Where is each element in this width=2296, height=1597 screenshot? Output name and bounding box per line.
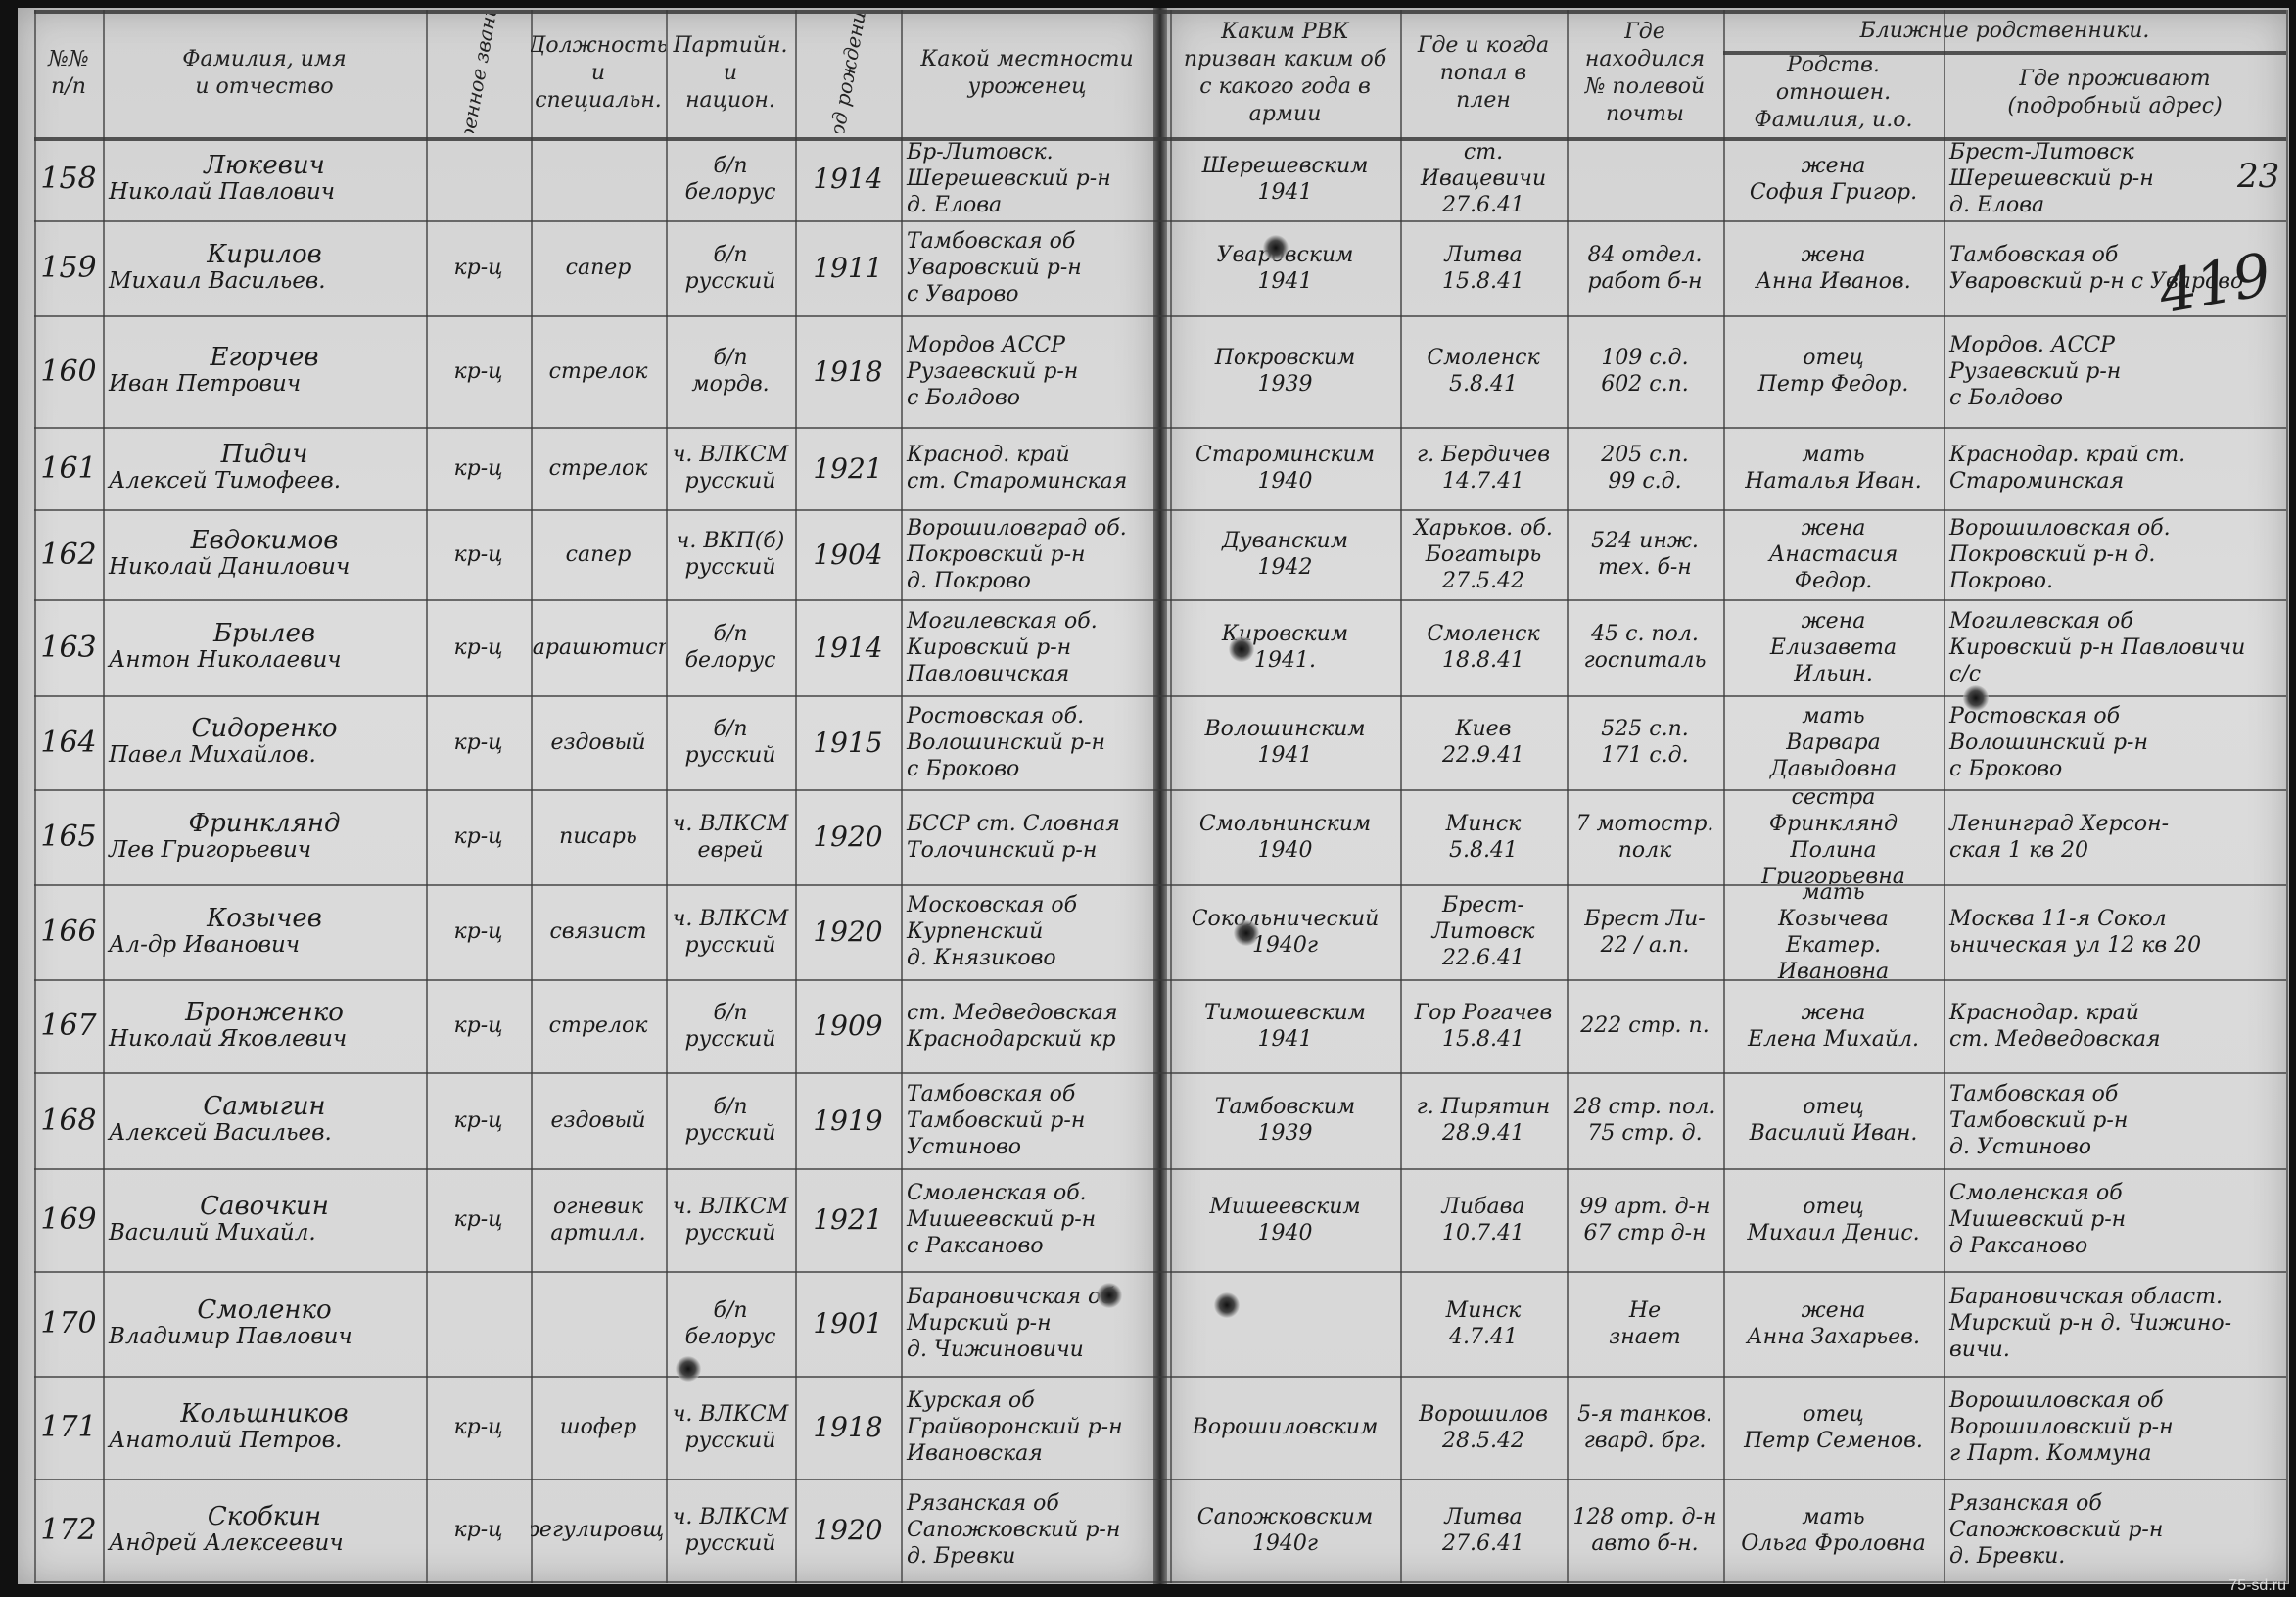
header-field-post: Где находился № полевой почты	[1567, 14, 1723, 133]
cell-rvk: Покровским 1939	[1170, 315, 1400, 427]
cell-origin: Рязанская об Сапожковский р-н д. Бревки	[901, 1479, 1153, 1581]
cell-rank: кр-ц	[426, 979, 531, 1072]
row-divider	[34, 1581, 2286, 1583]
cell-captured: Минск 5.8.41	[1400, 789, 1567, 884]
cell-rvk	[1170, 1271, 1400, 1376]
header-label: Где и когда попал в плен	[1418, 32, 1549, 115]
paper-damage-spot	[676, 1356, 701, 1382]
cell-rvk: Тимошевским 1941	[1170, 979, 1400, 1072]
header-label: Родств. отношен. Фамилия, и.о.	[1729, 53, 1938, 133]
cell-name: КозычевАл-др Иванович	[103, 884, 426, 979]
cell-rank: кр-ц	[426, 1072, 531, 1168]
cell-rvk: Уваровским 1941	[1170, 220, 1400, 315]
cell-position	[531, 137, 666, 220]
cell-party: ч. ВЛКСМ русский	[666, 427, 795, 509]
cell-position: связист	[531, 884, 666, 979]
given-names: Николай Яковлевич	[109, 1026, 420, 1053]
given-names: Николай Данилович	[109, 554, 420, 581]
cell-name: БронженкоНиколай Яковлевич	[103, 979, 426, 1072]
cell-num: 172	[34, 1479, 103, 1581]
cell-rvk: Ворошиловским	[1170, 1376, 1400, 1479]
site-watermark: 75-sd.ru	[2228, 1577, 2286, 1595]
cell-origin: Могилевская об. Кировский р-н Павловичск…	[901, 599, 1153, 695]
cell-rank: кр-ц	[426, 789, 531, 884]
cell-relation: мать Ольга Фроловна	[1723, 1479, 1944, 1581]
cell-num: 161	[34, 427, 103, 509]
header-label: Год рождения	[821, 14, 875, 133]
surname: Брылев	[109, 621, 420, 647]
cell-relation: жена Елизавета Ильин.	[1723, 599, 1944, 695]
cell-field-post: 5-я танков. гвард. брг.	[1567, 1376, 1723, 1479]
cell-field-post	[1567, 137, 1723, 220]
surname: Смоленко	[109, 1297, 420, 1324]
header-label: Ближние родственники.	[1860, 18, 2150, 45]
cell-relation: сестра Фринклянд Полина Григорьевна	[1723, 789, 1944, 884]
given-names: Михаил Васильев.	[109, 268, 420, 295]
cell-rvk: Кировским 1941.	[1170, 599, 1400, 695]
cell-relation: жена Анастасия Федор.	[1723, 509, 1944, 599]
cell-rvk: Староминским 1940	[1170, 427, 1400, 509]
cell-num: 170	[34, 1271, 103, 1376]
cell-captured: Киев 22.9.41	[1400, 695, 1567, 789]
cell-position: парашютист	[531, 599, 666, 695]
cell-num: 159	[34, 220, 103, 315]
margin-annotation-23: 23	[2237, 157, 2279, 196]
given-names: Лев Григорьевич	[109, 837, 420, 864]
cell-captured: г. Пирятин 28.9.41	[1400, 1072, 1567, 1168]
cell-party: б/п белорус	[666, 137, 795, 220]
cell-position: писарь	[531, 789, 666, 884]
cell-origin: Краснод. край ст. Староминская	[901, 427, 1153, 509]
header-label: Каким РВК призван каким об с какого года…	[1184, 19, 1386, 128]
cell-relation: жена Елена Михайл.	[1723, 979, 1944, 1072]
header-num: №№ п/п	[34, 14, 103, 133]
header-rvk: Каким РВК призван каким об с какого года…	[1170, 14, 1400, 133]
cell-address: Ленинград Херсон- ская 1 кв 20	[1944, 789, 2286, 884]
cell-num: 162	[34, 509, 103, 599]
header-address: Где проживают (подробный адрес)	[1944, 53, 2286, 133]
cell-origin: Тамбовская об Уваровский р-н с Уварово	[901, 220, 1153, 315]
cell-position: огневик артилл.	[531, 1168, 666, 1271]
cell-field-post: 45 с. пол. госпиталь	[1567, 599, 1723, 695]
cell-field-post: 28 стр. пол. 75 стр. д.	[1567, 1072, 1723, 1168]
surname: Пидич	[109, 442, 420, 468]
cell-origin: Тамбовская об Тамбовский р-н Устиново	[901, 1072, 1153, 1168]
cell-relation: жена Анна Захарьев.	[1723, 1271, 1944, 1376]
cell-party: ч. ВЛКСМ еврей	[666, 789, 795, 884]
cell-address: Краснодар. край ст. Медведовская	[1944, 979, 2286, 1072]
cell-party: ч. ВЛКСМ русский	[666, 1376, 795, 1479]
cell-relation: отец Михаил Денис.	[1723, 1168, 1944, 1271]
surname: Кольшников	[109, 1401, 420, 1428]
cell-origin: Мордов АССР Рузаевский р-н с Болдово	[901, 315, 1153, 427]
cell-rank: кр-ц	[426, 1168, 531, 1271]
cell-captured: Смоленск 18.8.41	[1400, 599, 1567, 695]
surname: Егорчев	[109, 345, 420, 371]
cell-address: Барановичская област. Мирский р-н д. Чиж…	[1944, 1271, 2286, 1376]
cell-relation: жена София Григор.	[1723, 137, 1944, 220]
cell-party: ч. ВКП(б) русский	[666, 509, 795, 599]
cell-field-post: 7 мотостр. полк	[1567, 789, 1723, 884]
header-position: Должность и специальн.	[531, 14, 666, 133]
header-label: №№ п/п	[48, 46, 89, 101]
cell-captured: Гор Рогачев 15.8.41	[1400, 979, 1567, 1072]
cell-num: 165	[34, 789, 103, 884]
cell-rvk: Шерешевским 1941	[1170, 137, 1400, 220]
cell-year: 1920	[795, 1479, 901, 1581]
surname: Люкевич	[109, 153, 420, 179]
given-names: Андрей Алексеевич	[109, 1530, 420, 1557]
surname: Кирилов	[109, 242, 420, 268]
paper-damage-spot	[1097, 1283, 1122, 1308]
cell-name: ЛюкевичНиколай Павлович	[103, 137, 426, 220]
cell-relation: отец Василий Иван.	[1723, 1072, 1944, 1168]
cell-relation: мать Козычева Екатер. Ивановна	[1723, 884, 1944, 979]
given-names: Василий Михайл.	[109, 1220, 420, 1246]
cell-field-post: 525 с.п. 171 с.д.	[1567, 695, 1723, 789]
cell-year: 1911	[795, 220, 901, 315]
header-relation: Родств. отношен. Фамилия, и.о.	[1723, 53, 1944, 133]
cell-position: ездовый	[531, 1072, 666, 1168]
cell-rvk: Волошинским 1941	[1170, 695, 1400, 789]
cell-rvk: Тамбовским 1939	[1170, 1072, 1400, 1168]
header-label: Партийн. и национ.	[673, 32, 787, 115]
cell-address: Краснодар. край ст. Староминская	[1944, 427, 2286, 509]
given-names: Ал-др Иванович	[109, 932, 420, 959]
cell-origin: Бр-Литовск. Шерешевский р-н д. Елова	[901, 137, 1153, 220]
cell-relation: отец Петр Семенов.	[1723, 1376, 1944, 1479]
cell-party: б/п русский	[666, 220, 795, 315]
cell-party: ч. ВЛКСМ русский	[666, 884, 795, 979]
paper-damage-spot	[1229, 636, 1254, 662]
cell-position: сапер	[531, 220, 666, 315]
cell-address: Москва 11-я Сокол ьническая ул 12 кв 20	[1944, 884, 2286, 979]
cell-origin: Курская об Грайворонский р-н Ивановская	[901, 1376, 1153, 1479]
cell-num: 163	[34, 599, 103, 695]
cell-party: б/п русский	[666, 695, 795, 789]
cell-address: Тамбовская об Тамбовский р-н д. Устиново	[1944, 1072, 2286, 1168]
cell-rank: кр-ц	[426, 509, 531, 599]
cell-rank: кр-ц	[426, 599, 531, 695]
cell-year: 1909	[795, 979, 901, 1072]
cell-address: Рязанская об Сапожковский р-н д. Бревки.	[1944, 1479, 2286, 1581]
cell-party: б/п белорус	[666, 599, 795, 695]
cell-num: 171	[34, 1376, 103, 1479]
header-label: Фамилия, имя и отчество	[182, 46, 347, 101]
cell-captured: Литва 27.6.41	[1400, 1479, 1567, 1581]
cell-field-post: 99 арт. д-н 67 стр д-н	[1567, 1168, 1723, 1271]
cell-rank	[426, 137, 531, 220]
cell-party: ч. ВЛКСМ русский	[666, 1168, 795, 1271]
cell-origin: Московская об Курпенский д. Князиково	[901, 884, 1153, 979]
cell-address: Мордов. АССР Рузаевский р-н с Болдово	[1944, 315, 2286, 427]
cell-position: стрелок	[531, 427, 666, 509]
given-names: Анатолий Петров.	[109, 1428, 420, 1454]
header-rank: Военное звание	[426, 14, 531, 133]
cell-field-post: 84 отдел. работ б-н	[1567, 220, 1723, 315]
header-label: Где находился № полевой почты	[1572, 19, 1717, 128]
cell-rvk: Смольнинским 1940	[1170, 789, 1400, 884]
surname: Бронженко	[109, 1000, 420, 1026]
cell-year: 1901	[795, 1271, 901, 1376]
cell-rvk: Сапожковским 1940г	[1170, 1479, 1400, 1581]
cell-rvk: Мишеевским 1940	[1170, 1168, 1400, 1271]
cell-name: СкобкинАндрей Алексеевич	[103, 1479, 426, 1581]
cell-field-post: 109 с.д. 602 с.п.	[1567, 315, 1723, 427]
cell-name: ЕгорчевИван Петрович	[103, 315, 426, 427]
cell-origin: БССР ст. Словная Толочинский р-н	[901, 789, 1153, 884]
cell-name: ЕвдокимовНиколай Данилович	[103, 509, 426, 599]
cell-year: 1914	[795, 599, 901, 695]
cell-position: ездовый	[531, 695, 666, 789]
cell-party: ч. ВЛКСМ русский	[666, 1479, 795, 1581]
cell-num: 164	[34, 695, 103, 789]
cell-num: 167	[34, 979, 103, 1072]
cell-name: СмоленкоВладимир Павлович	[103, 1271, 426, 1376]
surname: Савочкин	[109, 1194, 420, 1220]
cell-captured: г. Бердичев 14.7.41	[1400, 427, 1567, 509]
cell-rank: кр-ц	[426, 884, 531, 979]
cell-field-post: 205 с.п. 99 с.д.	[1567, 427, 1723, 509]
cell-captured: Литва 15.8.41	[1400, 220, 1567, 315]
cell-num: 166	[34, 884, 103, 979]
header-captured: Где и когда попал в плен	[1400, 14, 1567, 133]
cell-origin: Ворошиловград об. Покровский р-н д. Покр…	[901, 509, 1153, 599]
header-label: Военное звание	[450, 14, 506, 133]
cell-rvk: Сокольнический 1940г	[1170, 884, 1400, 979]
cell-field-post: 524 инж. тех. б-н	[1567, 509, 1723, 599]
cell-year: 1921	[795, 427, 901, 509]
cell-name: СавочкинВасилий Михайл.	[103, 1168, 426, 1271]
cell-address: Ворошиловская об. Покровский р-н д. Покр…	[1944, 509, 2286, 599]
column-divider	[2286, 10, 2288, 1583]
cell-year: 1918	[795, 315, 901, 427]
given-names: Владимир Павлович	[109, 1324, 420, 1350]
cell-name: СамыгинАлексей Васильев.	[103, 1072, 426, 1168]
cell-position: сапер	[531, 509, 666, 599]
cell-name: ФринкляндЛев Григорьевич	[103, 789, 426, 884]
cell-origin: ст. Медведовская Краснодарский кр	[901, 979, 1153, 1072]
given-names: Алексей Васильев.	[109, 1120, 420, 1147]
cell-year: 1919	[795, 1072, 901, 1168]
cell-name: БрылевАнтон Николаевич	[103, 599, 426, 695]
cell-num: 158	[34, 137, 103, 220]
cell-address: Ростовская об Волошинский р-н с Броково	[1944, 695, 2286, 789]
cell-rank: кр-ц	[426, 1479, 531, 1581]
cell-rank: кр-ц	[426, 427, 531, 509]
given-names: Иван Петрович	[109, 371, 420, 398]
cell-party: б/п русский	[666, 1072, 795, 1168]
cell-captured: Ворошилов 28.5.42	[1400, 1376, 1567, 1479]
cell-position	[531, 1271, 666, 1376]
cell-year: 1920	[795, 884, 901, 979]
cell-year: 1915	[795, 695, 901, 789]
cell-year: 1921	[795, 1168, 901, 1271]
cell-num: 168	[34, 1072, 103, 1168]
cell-position: шофер	[531, 1376, 666, 1479]
header-label: Какой местности уроженец	[920, 46, 1133, 101]
header-party: Партийн. и национ.	[666, 14, 795, 133]
cell-year: 1914	[795, 137, 901, 220]
cell-address: Брест-Литовск Шерешевский р-н д. Елова	[1944, 137, 2286, 220]
cell-year: 1904	[795, 509, 901, 599]
cell-relation: отец Петр Федор.	[1723, 315, 1944, 427]
header-name: Фамилия, имя и отчество	[103, 14, 426, 133]
cell-party: б/п русский	[666, 979, 795, 1072]
given-names: Алексей Тимофеев.	[109, 468, 420, 494]
cell-name: КольшниковАнатолий Петров.	[103, 1376, 426, 1479]
register-table: №№ п/пФамилия, имя и отчествоВоенное зва…	[0, 0, 2296, 1597]
cell-captured: Брест- Литовск 22.6.41	[1400, 884, 1567, 979]
cell-address: Могилевская об Кировский р-н Павловичи с…	[1944, 599, 2286, 695]
header-label: Где проживают (подробный адрес)	[2007, 66, 2222, 120]
cell-field-post: Брест Ли- 22 / а.п.	[1567, 884, 1723, 979]
header-relatives-group: Ближние родственники.	[1723, 12, 2286, 51]
cell-relation: мать Варвара Давыдовна	[1723, 695, 1944, 789]
cell-rank: кр-ц	[426, 315, 531, 427]
paper-damage-spot	[1234, 920, 1259, 946]
paper-damage-spot	[1214, 1292, 1240, 1318]
given-names: Павел Михайлов.	[109, 742, 420, 769]
cell-address: Смоленская об Мишевский р-н д Раксаново	[1944, 1168, 2286, 1271]
cell-field-post: 128 отр. д-н авто б-н.	[1567, 1479, 1723, 1581]
cell-rank: кр-ц	[426, 1376, 531, 1479]
surname: Скобкин	[109, 1504, 420, 1530]
cell-rank: кр-ц	[426, 220, 531, 315]
cell-position: регулировщ.	[531, 1479, 666, 1581]
cell-relation: жена Анна Иванов.	[1723, 220, 1944, 315]
cell-rank	[426, 1271, 531, 1376]
cell-position: стрелок	[531, 979, 666, 1072]
cell-num: 160	[34, 315, 103, 427]
cell-origin: Смоленская об. Мишеевский р-н с Раксанов…	[901, 1168, 1153, 1271]
cell-captured: Минск 4.7.41	[1400, 1271, 1567, 1376]
cell-captured: Смоленск 5.8.41	[1400, 315, 1567, 427]
given-names: Николай Павлович	[109, 179, 420, 206]
cell-party: б/п мордв.	[666, 315, 795, 427]
surname: Фринклянд	[109, 811, 420, 837]
cell-address: Ворошиловская об Ворошиловский р-н г Пар…	[1944, 1376, 2286, 1479]
cell-captured: ст. Ивацевичи 27.6.41	[1400, 137, 1567, 220]
header-birth-year: Год рождения	[795, 14, 901, 133]
cell-position: стрелок	[531, 315, 666, 427]
cell-captured: Либава 10.7.41	[1400, 1168, 1567, 1271]
cell-field-post: Не знает	[1567, 1271, 1723, 1376]
cell-relation: мать Наталья Иван.	[1723, 427, 1944, 509]
cell-year: 1920	[795, 789, 901, 884]
surname: Сидоренко	[109, 716, 420, 742]
cell-year: 1918	[795, 1376, 901, 1479]
cell-num: 169	[34, 1168, 103, 1271]
header-origin: Какой местности уроженец	[901, 14, 1153, 133]
cell-rvk: Дуванским 1942	[1170, 509, 1400, 599]
paper-damage-spot	[1963, 685, 1989, 711]
cell-name: ПидичАлексей Тимофеев.	[103, 427, 426, 509]
cell-name: КириловМихаил Васильев.	[103, 220, 426, 315]
cell-field-post: 222 стр. п.	[1567, 979, 1723, 1072]
cell-rank: кр-ц	[426, 695, 531, 789]
cell-origin: Ростовская об. Волошинский р-н с Броково	[901, 695, 1153, 789]
surname: Козычев	[109, 906, 420, 932]
cell-captured: Харьков. об. Богатырь 27.5.42	[1400, 509, 1567, 599]
surname: Самыгин	[109, 1094, 420, 1120]
cell-name: СидоренкоПавел Михайлов.	[103, 695, 426, 789]
given-names: Антон Николаевич	[109, 647, 420, 674]
paper-damage-spot	[1263, 235, 1289, 260]
header-label: Должность и специальн.	[531, 32, 666, 115]
surname: Евдокимов	[109, 528, 420, 554]
